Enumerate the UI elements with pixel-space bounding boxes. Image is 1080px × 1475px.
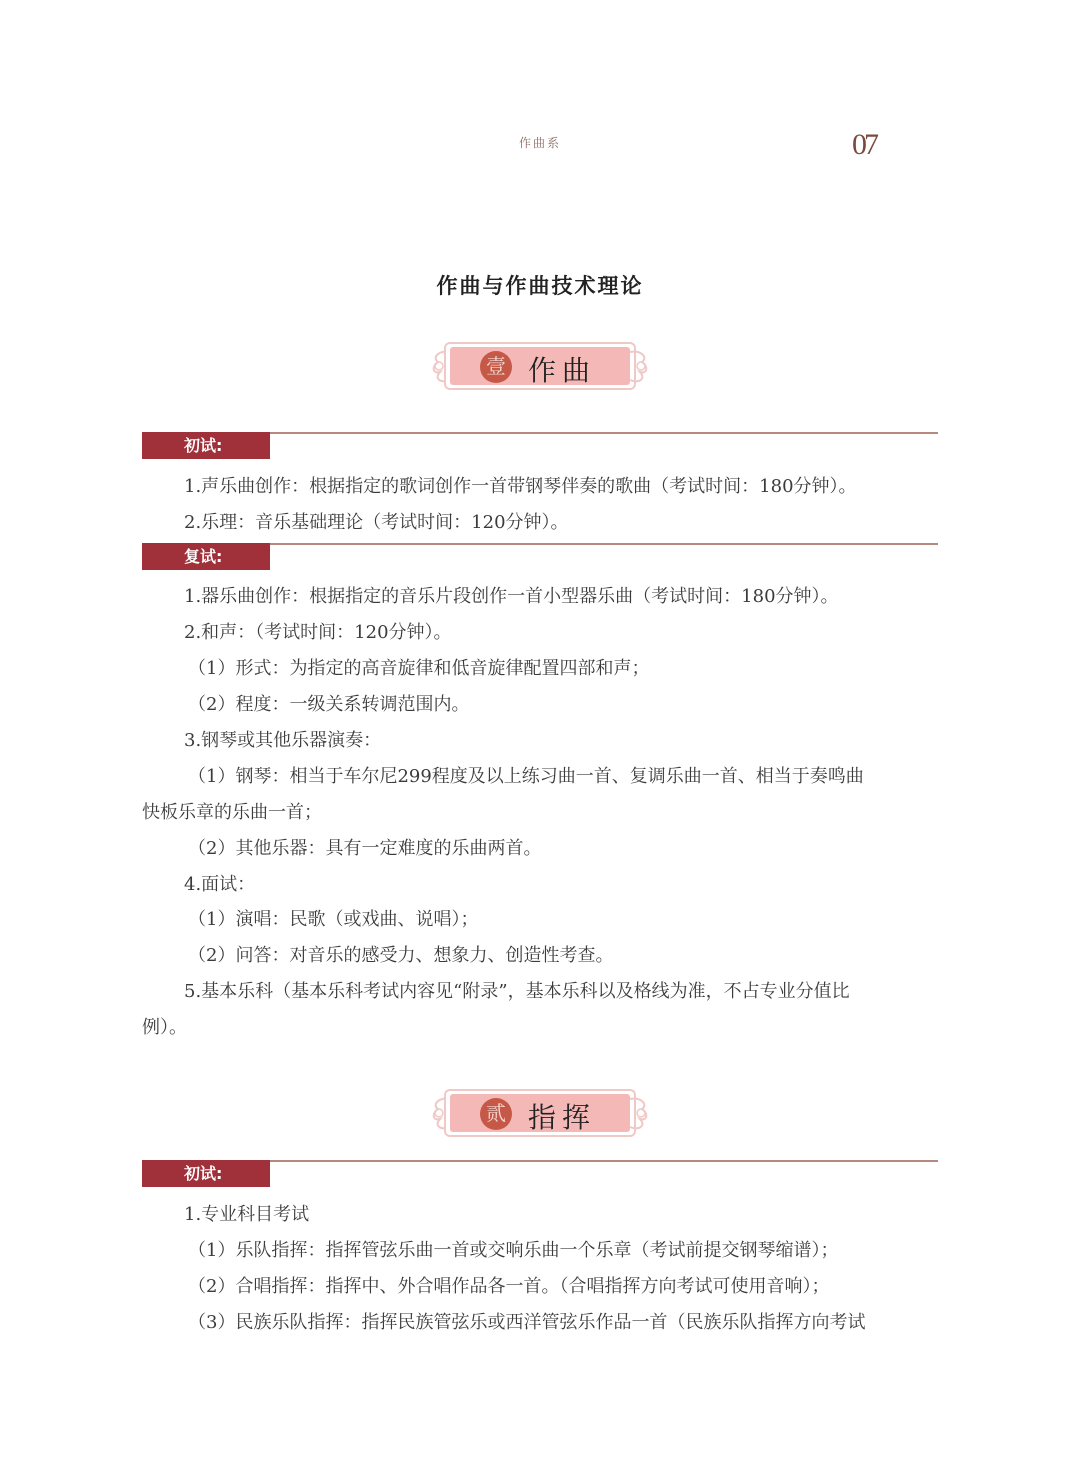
list-item: （2）问答：对音乐的感受力、想象力、创造性考查。 [142, 941, 938, 967]
list-item: 5.基本乐科（基本乐科考试内容见“附录”，基本乐科以及格线为准，不占专业分值比 [142, 977, 938, 1003]
section-number-seal: 贰 [480, 1098, 512, 1130]
list-item: （2）其他乐器：具有一定难度的乐曲两首。 [142, 834, 938, 860]
divider [270, 543, 938, 545]
page-number: 07 [852, 128, 876, 162]
list-item: 4.面试： [142, 870, 938, 896]
round-label: 初试: [142, 432, 270, 459]
list-item: 1.器乐曲创作：根据指定的音乐片段创作一首小型器乐曲（考试时间：180分钟）。 [142, 582, 938, 608]
divider [270, 432, 938, 434]
page-title: 作曲与作曲技术理论 [0, 270, 1080, 300]
round-header-preliminary: 初试: [142, 432, 938, 459]
divider [270, 1160, 938, 1162]
round-label: 初试: [142, 1160, 270, 1187]
list-item: （3）民族乐队指挥：指挥民族管弦乐或西洋管弦乐作品一首（民族乐队指挥方向考试 [142, 1308, 938, 1334]
list-item: （2）程度：一级关系转调范围内。 [142, 690, 938, 716]
list-item: （1）钢琴：相当于车尔尼299程度及以上练习曲一首、复调乐曲一首、相当于奏鸣曲 [142, 762, 938, 788]
floral-ornament-icon [628, 1095, 650, 1131]
department-name: 作曲系 [0, 134, 1080, 151]
round-label: 复试: [142, 543, 270, 570]
section-number-seal: 壹 [480, 351, 512, 383]
list-item: 1.专业科目考试 [142, 1200, 938, 1226]
round-header-retest: 复试: [142, 543, 938, 570]
list-item-continuation: 快板乐章的乐曲一首； [142, 798, 938, 824]
round-header-preliminary: 初试: [142, 1160, 938, 1187]
section-title: 作曲 [528, 349, 596, 389]
floral-ornament-icon [628, 348, 650, 384]
list-item: （1）演唱：民歌（或戏曲、说唱）； [142, 905, 938, 931]
list-item: 2.和声：（考试时间：120分钟）。 [142, 618, 938, 644]
list-item: 1.声乐曲创作：根据指定的歌词创作一首带钢琴伴奏的歌曲（考试时间：180分钟）。 [142, 472, 938, 498]
section-title: 指挥 [528, 1096, 596, 1136]
list-item: （1）形式：为指定的高音旋律和低音旋律配置四部和声； [142, 654, 938, 680]
list-item: 3.钢琴或其他乐器演奏： [142, 726, 938, 752]
list-item: 2.乐理：音乐基础理论（考试时间：120分钟）。 [142, 508, 938, 534]
list-item: （2）合唱指挥：指挥中、外合唱作品各一首。（合唱指挥方向考试可使用音响）； [142, 1272, 938, 1298]
section-banner-conducting: 贰 指挥 [430, 1085, 650, 1141]
list-item-continuation: 例）。 [142, 1013, 938, 1039]
list-item: （1）乐队指挥：指挥管弦乐曲一首或交响乐曲一个乐章（考试前提交钢琴缩谱）； [142, 1236, 938, 1262]
section-banner-composition: 壹 作曲 [430, 338, 650, 394]
